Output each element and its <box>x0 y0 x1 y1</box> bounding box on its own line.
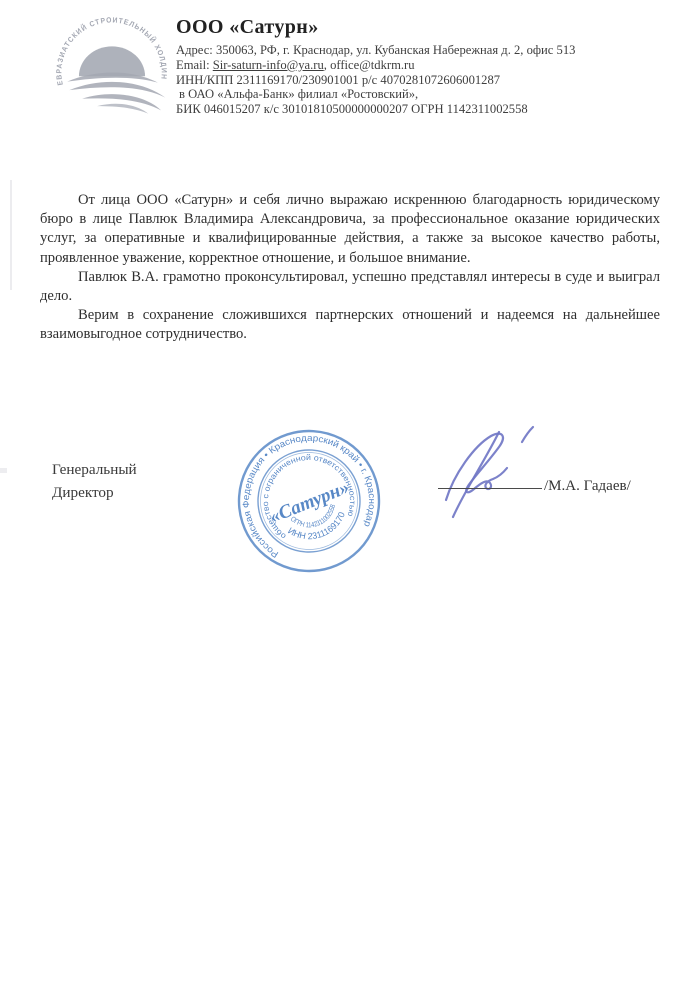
company-stamp-icon: Российская Федерация • Краснодарский кра… <box>228 420 390 582</box>
signer-role-line1: Генеральный <box>52 458 137 481</box>
email-rest: , office@tdkrm.ru <box>324 58 415 72</box>
email-link: Sir-saturn-info@ya.ru <box>213 58 324 72</box>
paragraph-case-result: Павлюк В.А. грамотно проконсультировал, … <box>40 268 660 306</box>
letterhead: ООО «Сатурн» Адрес: 350063, РФ, г. Красн… <box>176 16 676 117</box>
inn-kpp-line: ИНН/КПП 2311169170/230901001 р/с 4070281… <box>176 73 676 88</box>
signature-line <box>438 488 542 489</box>
signer-role: Генеральный Директор <box>52 458 137 504</box>
signature-stroke <box>446 434 507 500</box>
handwritten-signature-icon <box>436 424 546 519</box>
address-line: Адрес: 350063, РФ, г. Краснодар, ул. Куб… <box>176 43 676 58</box>
signer-name: /М.А. Гадаев/ <box>544 478 631 495</box>
email-label: Email: <box>176 58 213 72</box>
logo-dome-shape <box>79 46 145 76</box>
letter-body: От лица ООО «Сатурн» и себя лично выража… <box>40 191 660 345</box>
scan-artifact <box>10 180 12 290</box>
logo-wave-shape <box>82 94 161 110</box>
signer-role-line2: Директор <box>52 481 137 504</box>
paragraph-gratitude: От лица ООО «Сатурн» и себя лично выража… <box>40 191 660 268</box>
scanned-letter-page: ЕВРАЗИАТСКИЙ СТРОИТЕЛЬНЫЙ ХОЛДИНГ ООО «С… <box>0 0 700 991</box>
logo-wave-shape <box>97 104 148 114</box>
paragraph-partnership: Верим в сохранение сложившихся партнерск… <box>40 306 660 344</box>
company-name: ООО «Сатурн» <box>176 16 676 39</box>
signature-stroke <box>522 427 533 442</box>
company-logo-icon: ЕВРАЗИАТСКИЙ СТРОИТЕЛЬНЫЙ ХОЛДИНГ <box>48 8 176 120</box>
scan-artifact <box>0 468 7 473</box>
bik-line: БИК 046015207 к/с 30101810500000000207 О… <box>176 102 676 117</box>
email-line: Email: Sir-saturn-info@ya.ru, office@tdk… <box>176 58 676 73</box>
signature-stroke <box>453 432 499 517</box>
bank-line: в ОАО «Альфа-Банк» филиал «Ростовский», <box>176 87 676 102</box>
